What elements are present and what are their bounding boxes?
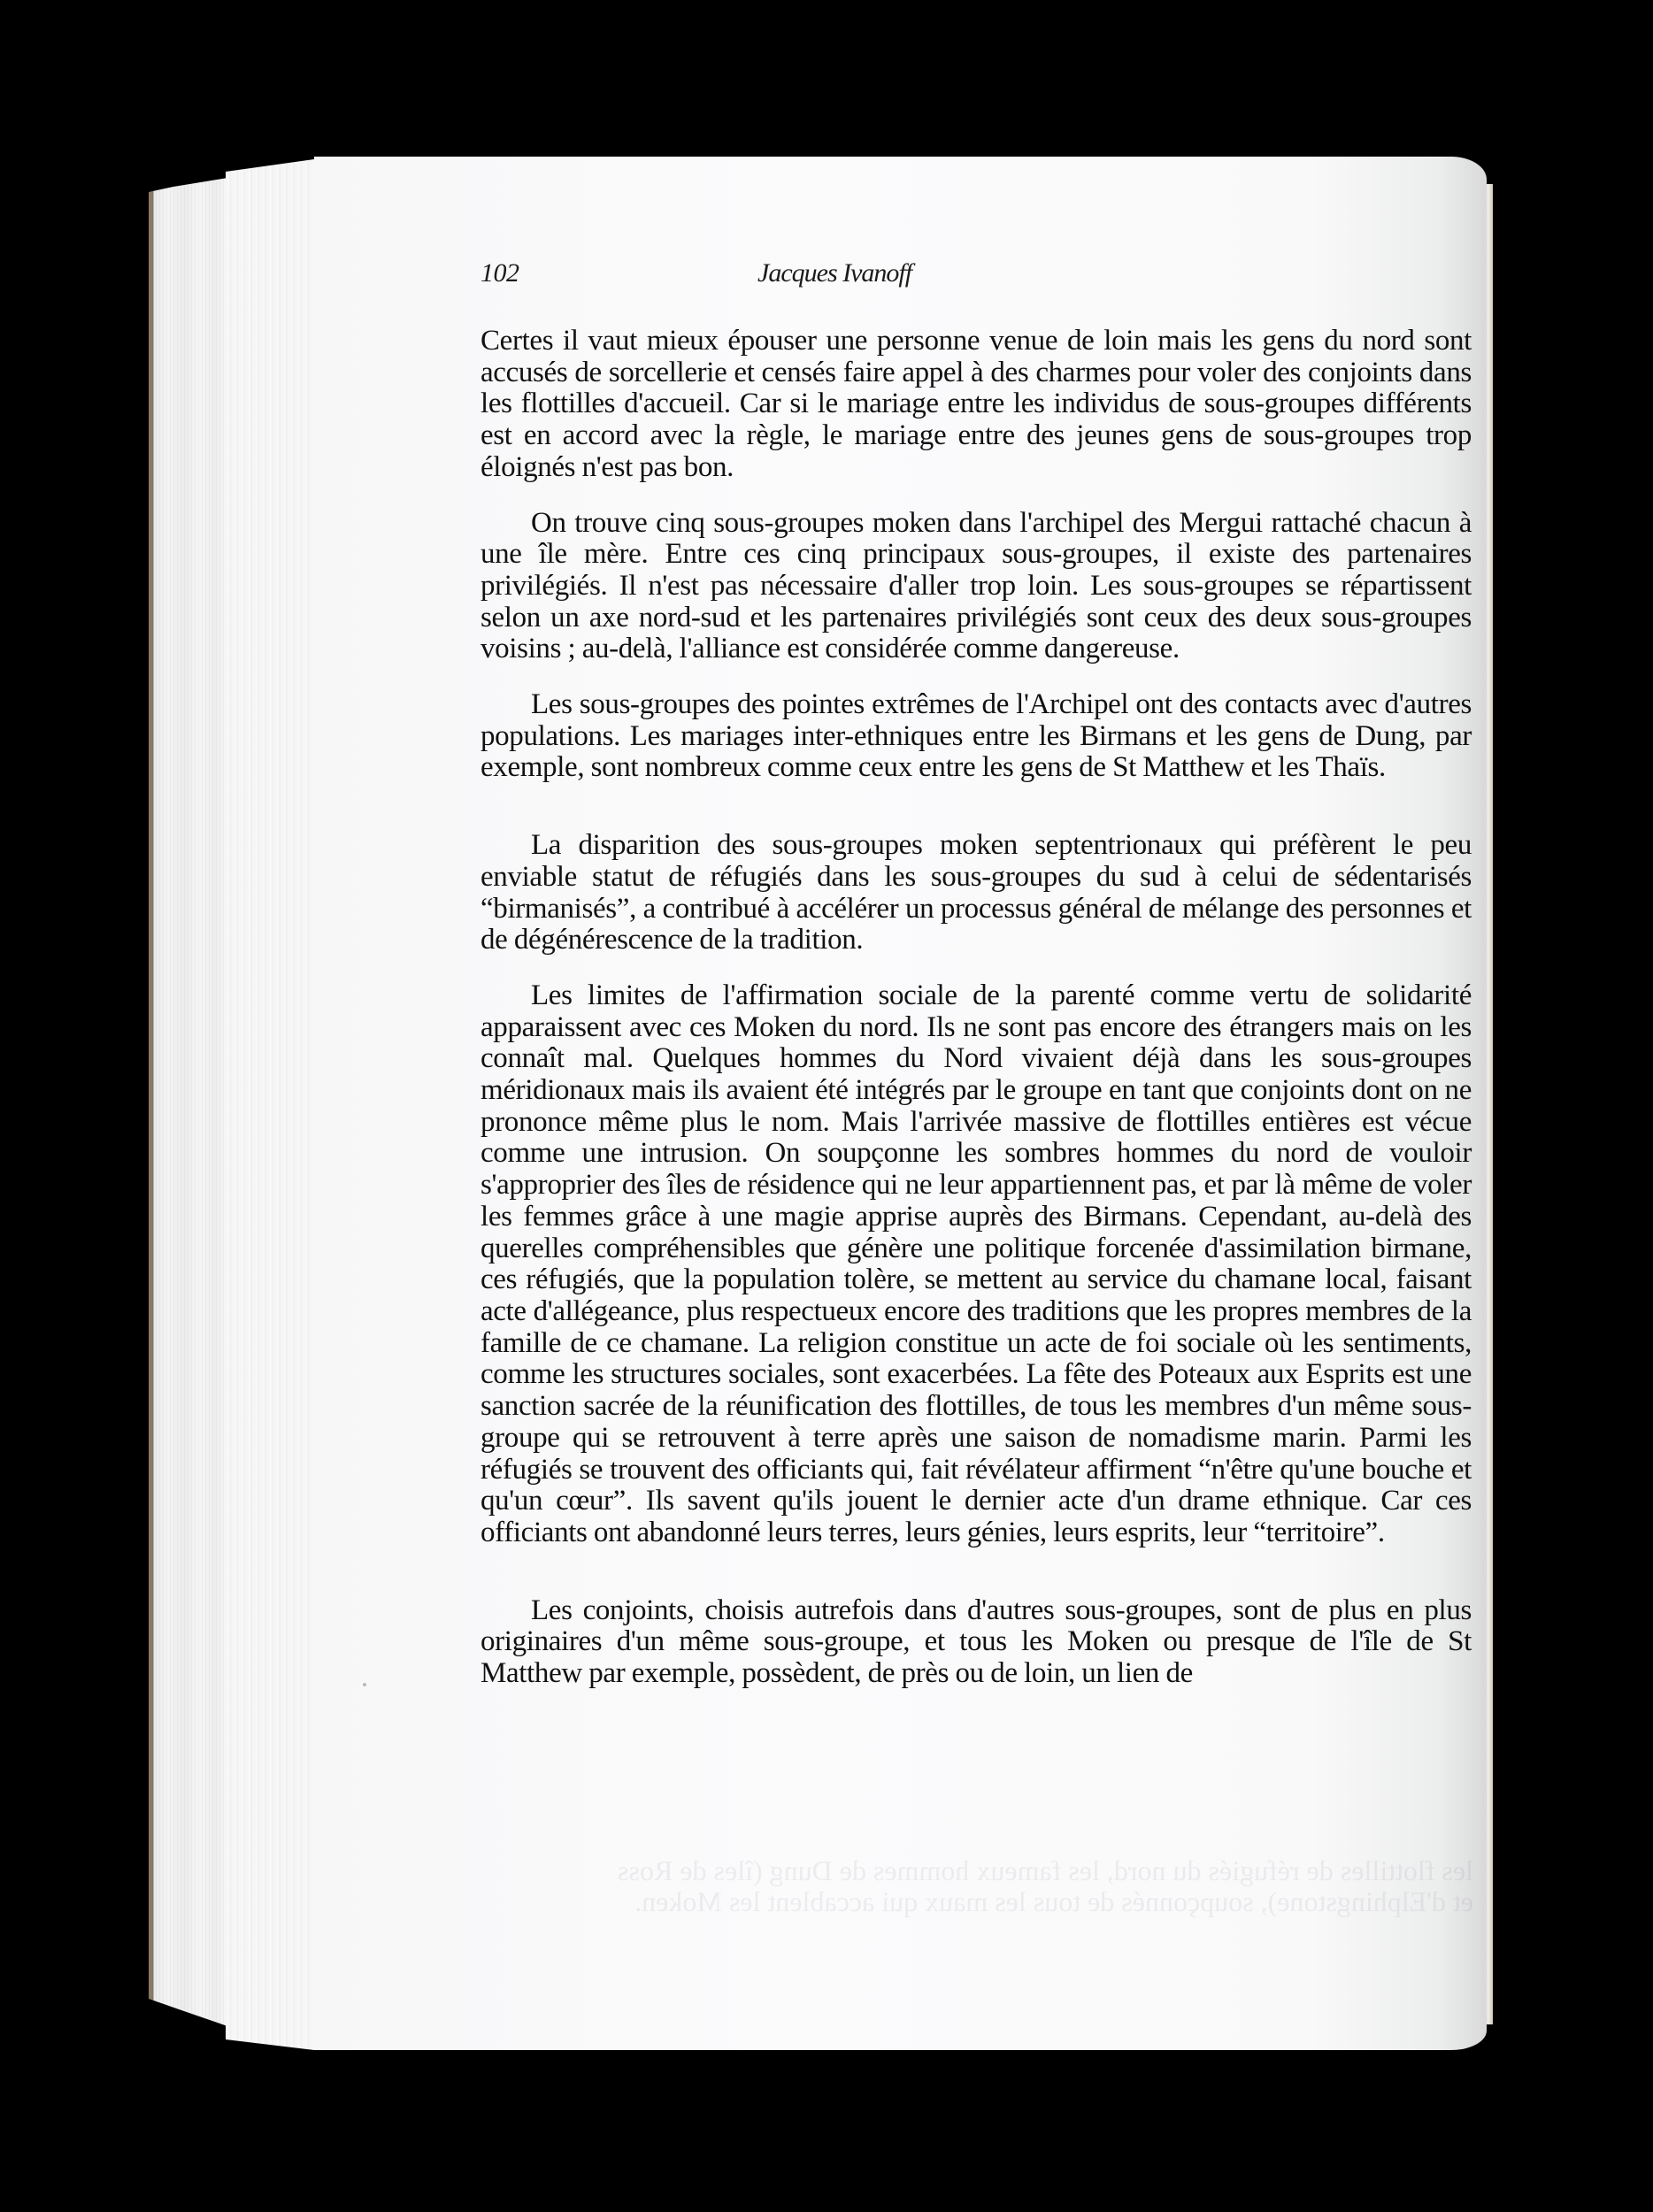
paragraph-2: On trouve cinq sous-groupes moken dans l… <box>481 508 1472 666</box>
running-head: 102 Jacques Ivanoff <box>481 258 1472 294</box>
bleed-through-text: les flottilles de réfugiés du nord, les … <box>491 1855 1473 1917</box>
body-text: Certes il vaut mieux épouser une personn… <box>481 326 1472 1690</box>
paragraph-1: Certes il vaut mieux épouser une personn… <box>481 326 1472 484</box>
page-number: 102 <box>481 258 519 288</box>
paper-speck <box>363 1683 366 1686</box>
page-stack-edges <box>149 173 237 2031</box>
page-stack-inner-edges <box>226 159 323 2050</box>
bleed-through-line: les flottilles de réfugiés du nord, les … <box>491 1855 1473 1886</box>
paragraph-6: Les conjoints, choisis autrefois dans d'… <box>481 1595 1472 1690</box>
paragraph-5: Les limites de l'affirmation sociale de … <box>481 980 1472 1549</box>
book-scan-scene: 102 Jacques Ivanoff les flottilles de ré… <box>0 0 1653 2212</box>
bleed-through-line: et d'Elphingstone), soupçonnés de tous l… <box>491 1886 1473 1917</box>
paragraph-4: La disparition des sous-groupes moken se… <box>481 830 1472 956</box>
paragraph-3: Les sous-groupes des pointes extrêmes de… <box>481 689 1472 784</box>
running-head-author: Jacques Ivanoff <box>757 258 911 288</box>
